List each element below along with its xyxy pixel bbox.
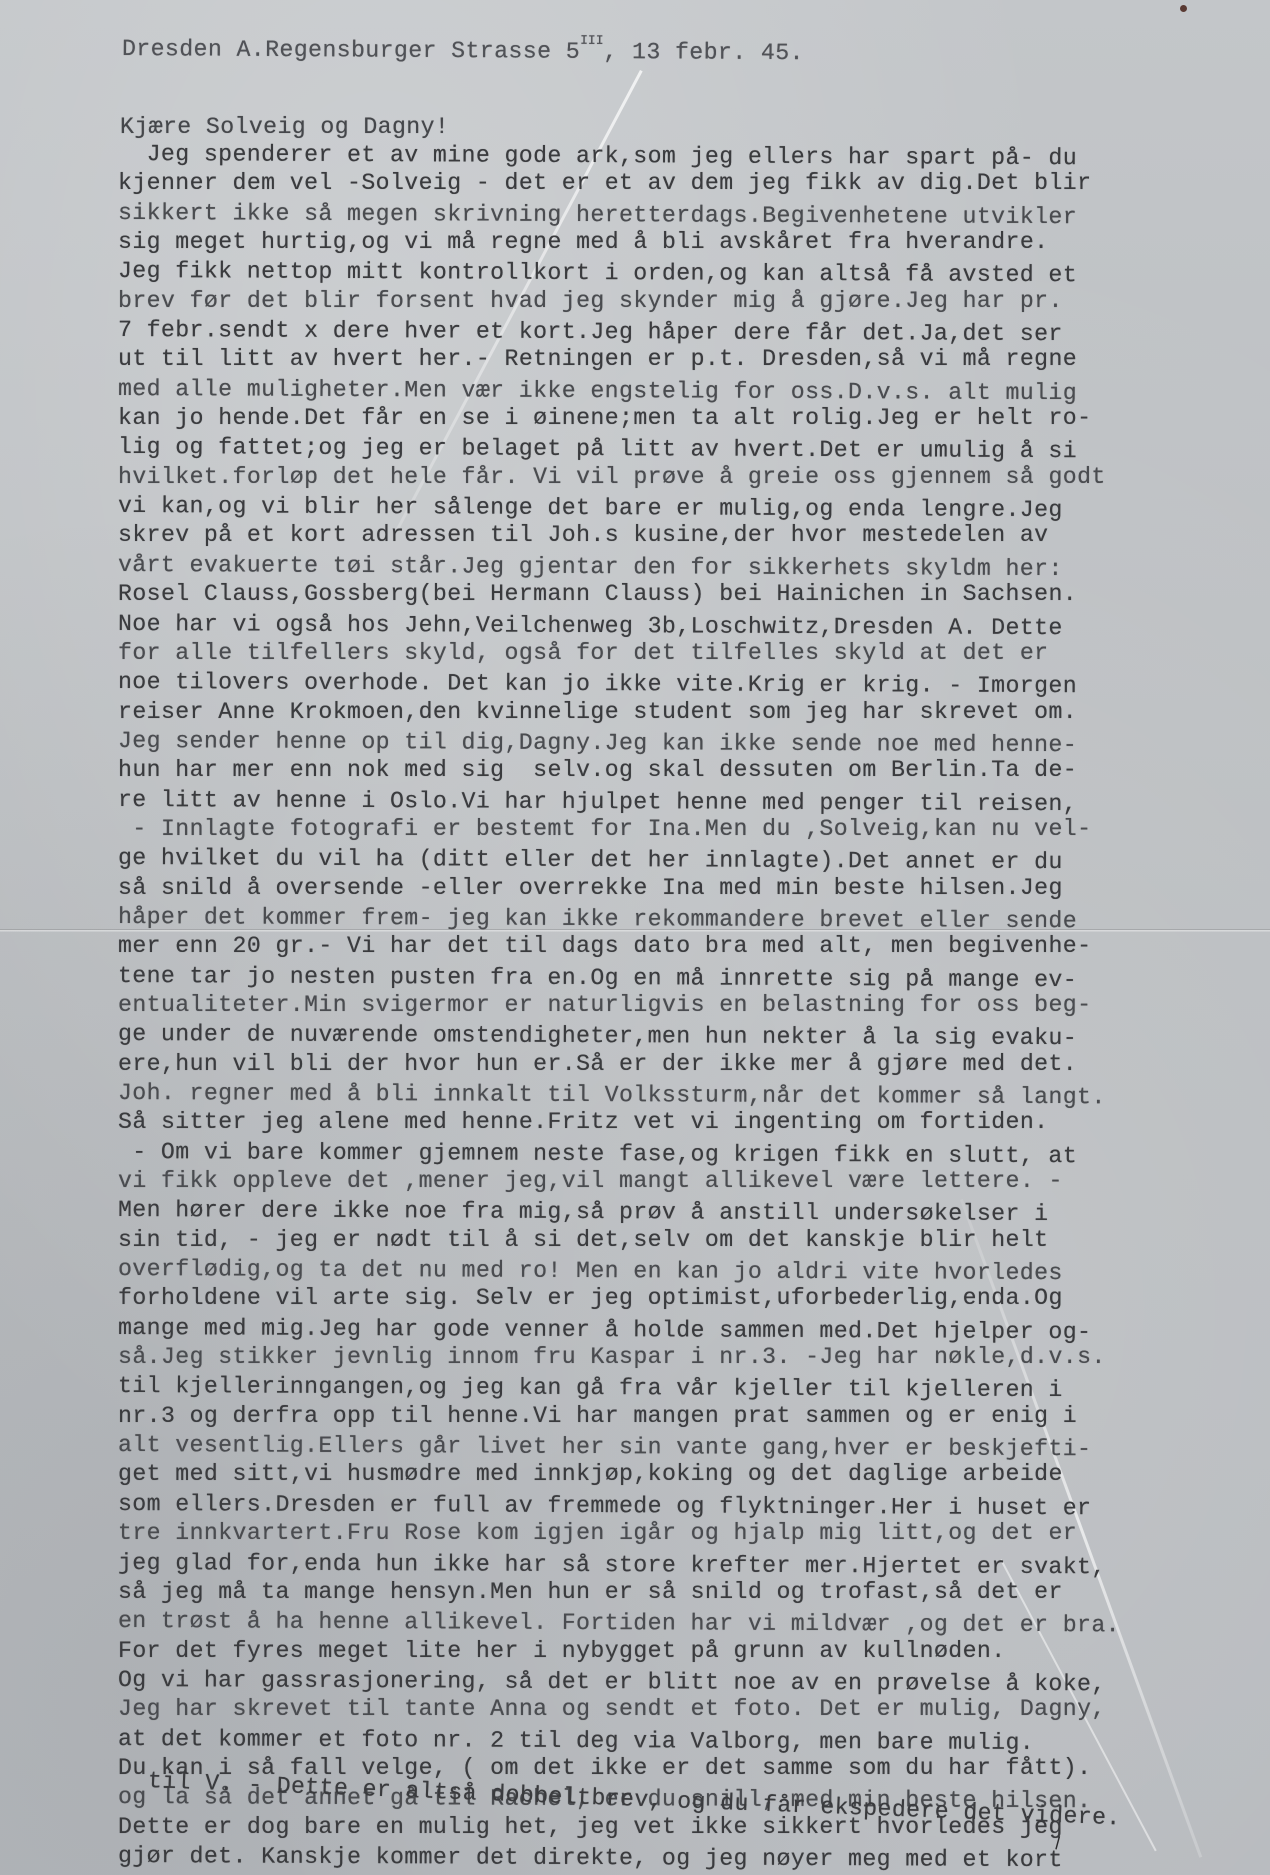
letter-body: Jeg spenderer et av mine gode ark,som je… [118, 140, 1120, 1871]
letter-line: vårt evakuerte tøi står.Jeg gjentar den … [118, 551, 1120, 585]
letter-page: Dresden A.Regensburger Strasse 5III, 13 … [0, 0, 1270, 1875]
letter-line: sikkert ikke så megen skrivning heretter… [118, 199, 1120, 233]
letter-line: tre innkvartert.Fru Rose kom igjen igår … [118, 1519, 1120, 1548]
letter-line: håper det kommer frem- jeg kan ikke reko… [118, 903, 1120, 937]
letter-line: så.Jeg stikker jevnlig innom fru Kaspar … [118, 1343, 1120, 1372]
letter-line: at det kommer et foto nr. 2 til deg via … [118, 1725, 1120, 1759]
letter-line: ere,hun vil bli der hvor hun er.Så er de… [118, 1050, 1120, 1079]
letter-line: - Innlagte fotografi er bestemt for Ina.… [118, 815, 1120, 844]
letter-line: Jeg har skrevet til tante Anna og sendt … [118, 1695, 1120, 1724]
letter-line: hun har mer enn nok med sig selv.og skal… [118, 756, 1120, 785]
letter-line: som ellers.Dresden er full av fremmede o… [118, 1490, 1120, 1524]
letter-line: re litt av henne i Oslo.Vi har hjulpet h… [118, 786, 1120, 820]
letter-line: en trøst å ha henne allikevel. Fortiden … [118, 1607, 1120, 1641]
letter-line: Joh. regner med å bli innkalt til Volkss… [118, 1079, 1120, 1113]
letter-line: nr.3 og derfra opp til henne.Vi har mang… [118, 1402, 1120, 1431]
letter-line: ge hvilket du vil ha (ditt eller det her… [118, 844, 1120, 878]
salutation: Kjære Solveig og Dagny! [120, 114, 449, 140]
letter-line: Men hører dere ikke noe fra mig,så prøv … [118, 1196, 1120, 1230]
letter-line: mer enn 20 gr.- Vi har det til dags dato… [118, 932, 1120, 961]
letter-line: sig meget hurtig,og vi må regne med å bl… [118, 228, 1120, 257]
letter-line: alt vesentlig.Ellers går livet her sin v… [118, 1431, 1120, 1465]
letter-line: - Om vi bare kommer gjemnem neste fase,o… [118, 1138, 1120, 1172]
letter-line: med alle muligheter.Men vær ikke engstel… [118, 375, 1120, 409]
letter-line: skrev på et kort adressen til Joh.s kusi… [118, 521, 1120, 550]
letter-line: så snild å oversende -eller overrekke In… [118, 874, 1120, 903]
letter-line: vi fikk oppleve det ,mener jeg,vil mangt… [118, 1167, 1120, 1196]
letter-line: kjenner dem vel -Solveig - det er et av … [118, 169, 1120, 198]
letter-line: forholdene vil arte sig. Selv er jeg opt… [118, 1284, 1120, 1313]
letter-line: Så sitter jeg alene med henne.Fritz vet … [118, 1108, 1120, 1137]
letter-line: gjør det. Kanskje kommer det direkte, og… [118, 1842, 1120, 1875]
letter-line: Jeg sender henne op til dig,Dagny.Jeg ka… [118, 727, 1120, 761]
letter-line: overflødig,og ta det nu med ro! Men en k… [118, 1255, 1120, 1289]
letter-line: tene tar jo nesten pusten fra en.Og en m… [118, 962, 1120, 996]
letter-line: noe tilovers overhode. Det kan jo ikke v… [118, 668, 1120, 702]
letter-line: ge under de nuværende omstendigheter,men… [118, 1020, 1120, 1054]
letter-line: mange med mig.Jeg har gode venner å hold… [118, 1314, 1120, 1348]
letter-line: så jeg må ta mange hensyn.Men hun er så … [118, 1578, 1120, 1607]
letter-line: Jeg fikk nettop mitt kontrollkort i orde… [118, 257, 1120, 291]
letter-line: ut til litt av hvert her.- Retningen er … [118, 345, 1120, 374]
letter-line: hvilket.forløp det hele får. Vi vil prøv… [118, 463, 1120, 492]
sender-address: Dresden A.Regensburger Strasse 5 [122, 36, 580, 65]
letter-line: entualiteter.Min svigermor er naturligvi… [118, 991, 1120, 1020]
letter-line: get med sitt,vi husmødre med innkjøp,kok… [118, 1460, 1120, 1489]
letter-line: Rosel Clauss,Gossberg(bei Hermann Clauss… [118, 580, 1120, 609]
letter-line: reiser Anne Krokmoen,den kvinnelige stud… [118, 698, 1120, 727]
letter-header: Dresden A.Regensburger Strasse 5III, 13 … [122, 30, 804, 66]
letter-line: til kjellerinngangen,og jeg kan gå fra v… [118, 1372, 1120, 1406]
letter-line: Og vi har gassrasjonering, så det er bli… [118, 1666, 1120, 1700]
letter-line: lig og fattet;og jeg er belaget på litt … [118, 433, 1120, 467]
letter-line: brev før det blir forsent hvad jeg skynd… [118, 287, 1120, 316]
letter-line: jeg glad for,enda hun ikke har så store … [118, 1549, 1120, 1583]
letter-line: kan jo hende.Det får en se i øinene;men … [118, 404, 1120, 433]
floor-number: III [580, 33, 603, 48]
letter-line: Noe har vi også hos Jehn,Veilchenweg 3b,… [118, 610, 1120, 644]
letter-date: , 13 febr. 45. [603, 39, 804, 66]
letter-line: sin tid, - jeg er nødt til å si det,selv… [118, 1226, 1120, 1255]
letter-line: For det fyres meget lite her i nybygget … [118, 1637, 1120, 1666]
ink-spot [1180, 5, 1187, 12]
letter-line: Jeg spenderer et av mine gode ark,som je… [118, 140, 1120, 174]
letter-line: 7 febr.sendt x dere hver et kort.Jeg håp… [118, 316, 1120, 350]
letter-line: for alle tilfellers skyld, også for det … [118, 639, 1120, 668]
letter-line: vi kan,og vi blir her sålenge det bare e… [118, 492, 1120, 526]
